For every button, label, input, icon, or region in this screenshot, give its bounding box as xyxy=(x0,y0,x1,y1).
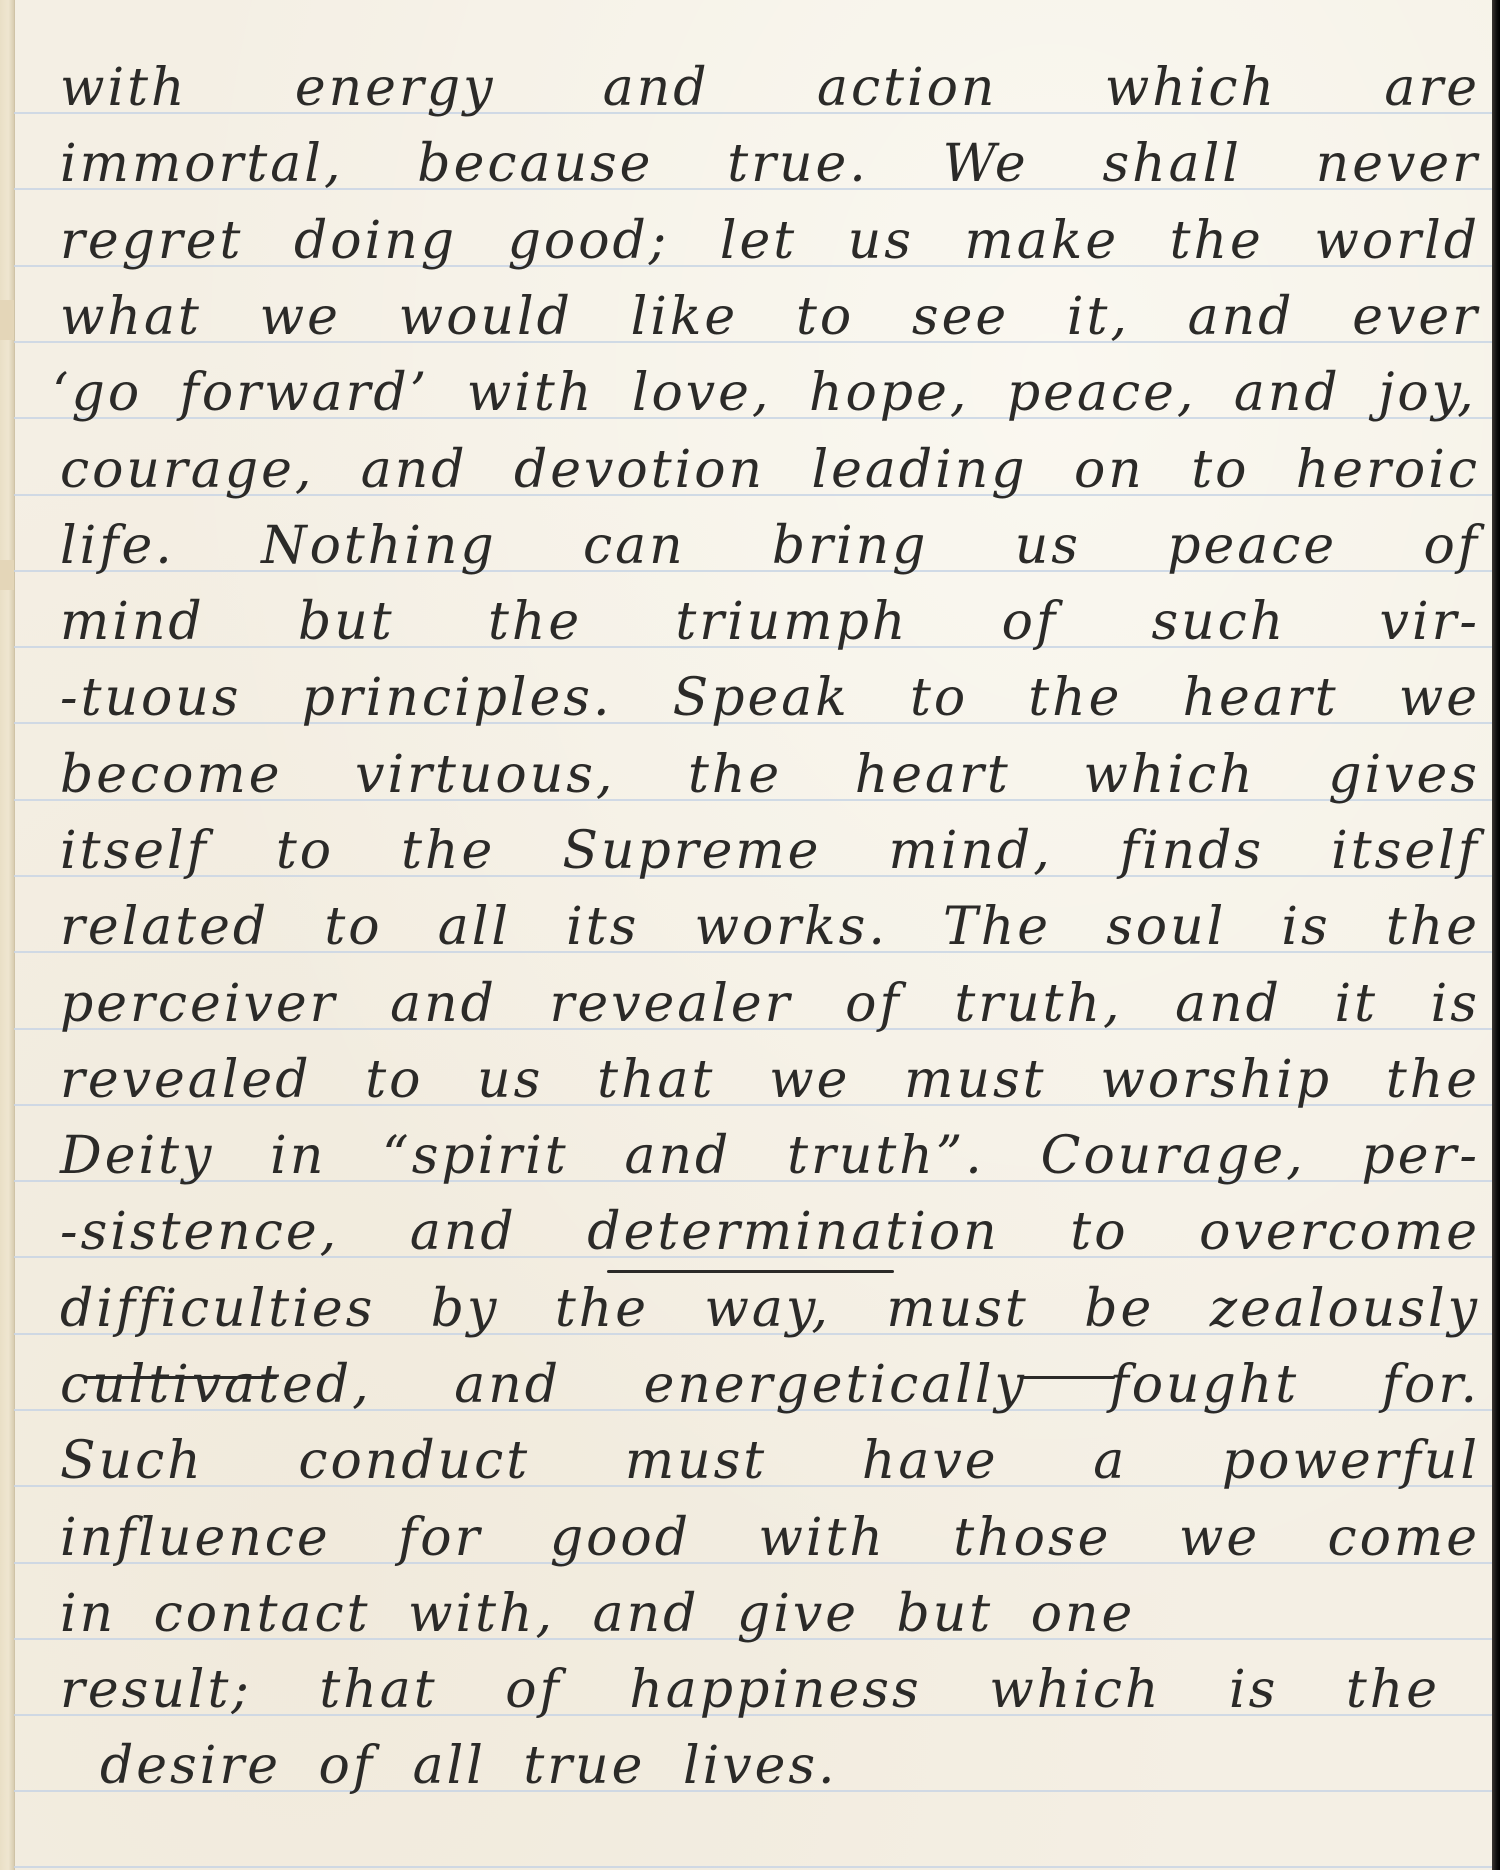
text-line: -tuous principles. Speak to the heart we xyxy=(60,660,1480,736)
underline-determination xyxy=(607,1270,894,1273)
page-right-edge xyxy=(1492,0,1500,1870)
text-line: become virtuous, the heart which gives xyxy=(60,737,1480,813)
text-line: ‘go forward’ with love, hope, peace, and… xyxy=(52,355,1472,431)
text-line: with energy and action which are xyxy=(60,50,1480,126)
text-line: itself to the Supreme mind, finds itself xyxy=(60,813,1480,889)
text-line: result; that of happiness which is the xyxy=(60,1652,1440,1728)
text-line: cultivated, and energetically fought for… xyxy=(60,1347,1480,1423)
text-line: regret doing good; let us make the world xyxy=(60,203,1480,279)
text-line: revealed to us that we must worship the xyxy=(60,1042,1480,1118)
text-line: Deity in “spirit and truth”. Courage, pe… xyxy=(60,1118,1480,1194)
underline-fought xyxy=(1020,1376,1115,1379)
text-line: related to all its works. The soul is th… xyxy=(60,889,1480,965)
notebook-page: with energy and action which are immorta… xyxy=(0,0,1500,1870)
ruled-line xyxy=(14,1866,1492,1868)
text-line: influence for good with those we come xyxy=(60,1500,1480,1576)
text-line: perceiver and revealer of truth, and it … xyxy=(60,966,1480,1042)
underline-cultivated xyxy=(85,1376,277,1379)
text-line: courage, and devotion leading on to hero… xyxy=(60,432,1480,508)
text-line: difficulties by the way, must be zealous… xyxy=(60,1271,1480,1347)
text-line: Such conduct must have a powerful xyxy=(60,1423,1480,1499)
text-line: life. Nothing can bring us peace of xyxy=(60,508,1480,584)
text-line-last: desire of all true lives. xyxy=(100,1728,1200,1804)
text-line: in contact with, and give but one xyxy=(60,1576,1400,1652)
text-line: -sistence, and determination to overcome xyxy=(60,1194,1480,1270)
edge-tear xyxy=(0,300,14,340)
text-line: what we would like to see it, and ever xyxy=(60,279,1480,355)
text-line: mind but the triumph of such vir- xyxy=(60,584,1480,660)
page-left-edge xyxy=(0,0,15,1870)
edge-tear xyxy=(0,560,14,590)
text-line: immortal, because true. We shall never xyxy=(60,126,1480,202)
